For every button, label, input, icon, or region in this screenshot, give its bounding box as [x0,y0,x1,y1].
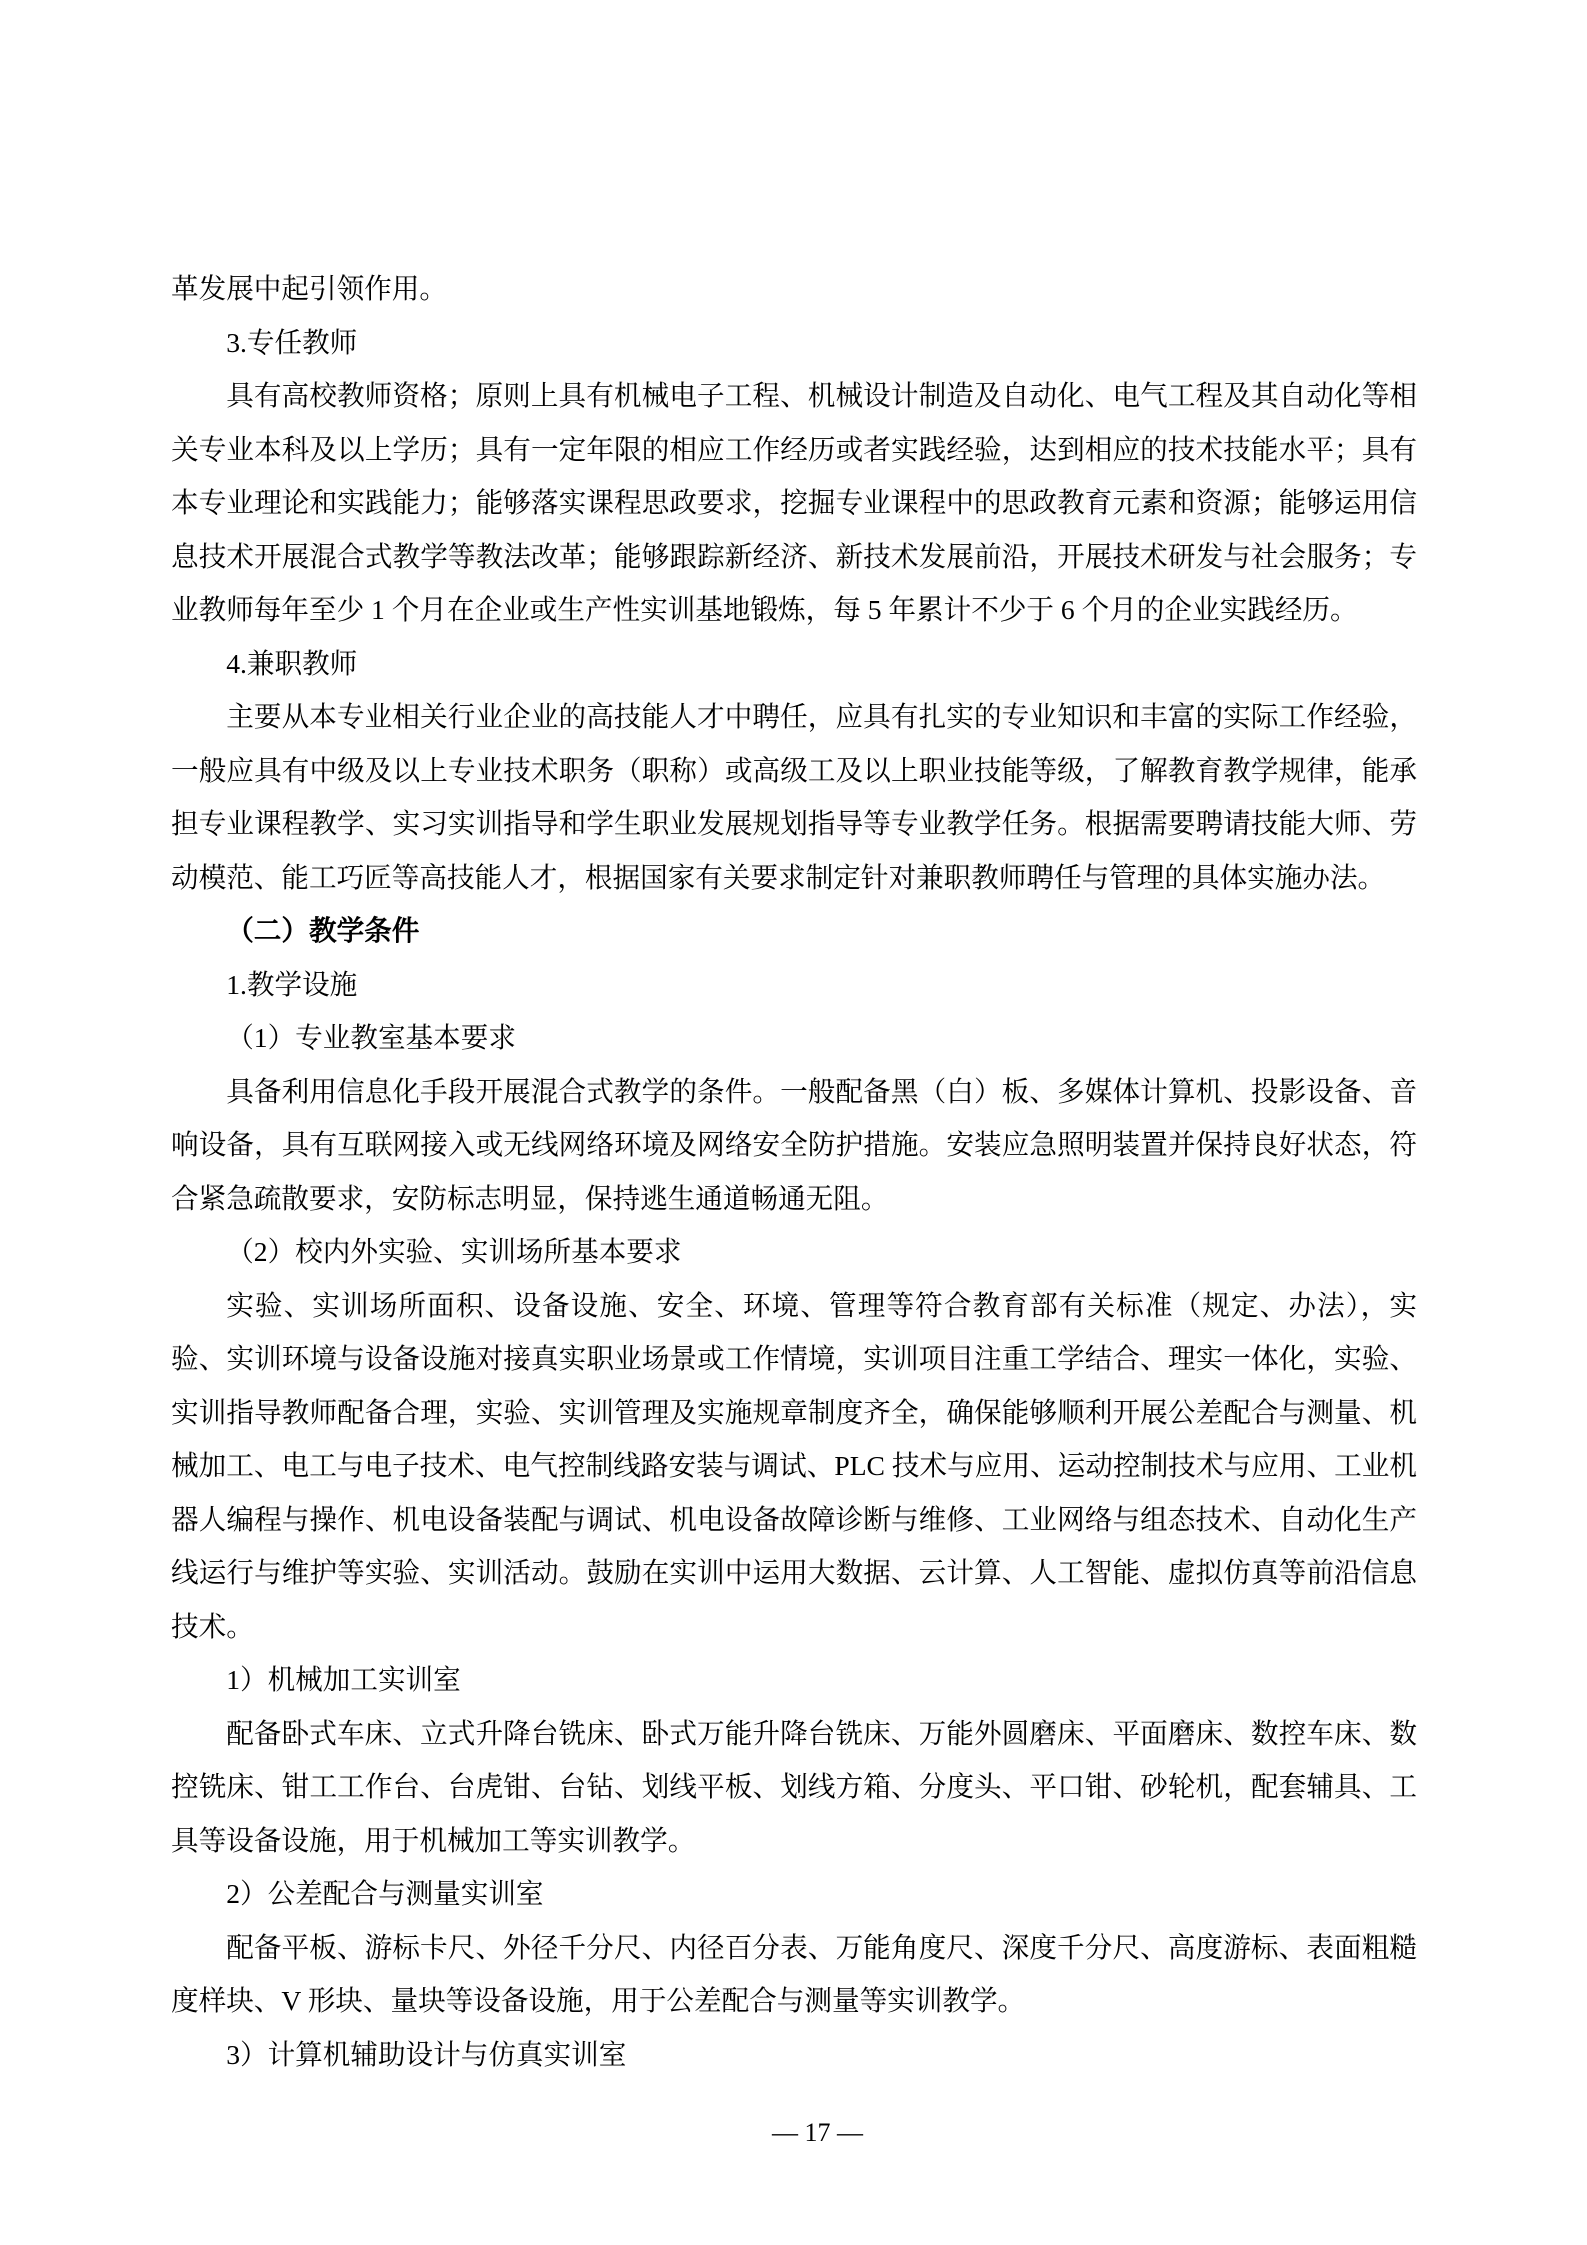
paragraph: 1.教学设施 [171,958,1417,1012]
paragraph: 1）机械加工实训室 [171,1653,1417,1707]
paragraph: 4.兼职教师 [171,637,1417,691]
paragraph: 具备利用信息化手段开展混合式教学的条件。一般配备黑（白）板、多媒体计算机、投影设… [171,1065,1417,1226]
paragraph: 2）公差配合与测量实训室 [171,1867,1417,1921]
paragraph: （二）教学条件 [171,904,1417,958]
paragraph: 配备平板、游标卡尺、外径千分尺、内径百分表、万能角度尺、深度千分尺、高度游标、表… [171,1921,1417,2028]
page-number: — 17 — [48,2118,1587,2148]
paragraph: 配备卧式车床、立式升降台铣床、卧式万能升降台铣床、万能外圆磨床、平面磨床、数控车… [171,1707,1417,1868]
paragraph: （1）专业教室基本要求 [171,1011,1417,1065]
paragraph: 具有高校教师资格；原则上具有机械电子工程、机械设计制造及自动化、电气工程及其自动… [171,369,1417,637]
document-body: 革发展中起引领作用。3.专任教师具有高校教师资格；原则上具有机械电子工程、机械设… [171,262,1417,2081]
paragraph: 主要从本专业相关行业企业的高技能人才中聘任，应具有扎实的专业知识和丰富的实际工作… [171,690,1417,904]
paragraph: 3.专任教师 [171,316,1417,370]
paragraph: （2）校内外实验、实训场所基本要求 [171,1225,1417,1279]
document-page: 革发展中起引领作用。3.专任教师具有高校教师资格；原则上具有机械电子工程、机械设… [0,0,1587,2245]
paragraph: 革发展中起引领作用。 [171,262,1417,316]
paragraph: 实验、实训场所面积、设备设施、安全、环境、管理等符合教育部有关标准（规定、办法）… [171,1279,1417,1654]
paragraph: 3）计算机辅助设计与仿真实训室 [171,2028,1417,2082]
